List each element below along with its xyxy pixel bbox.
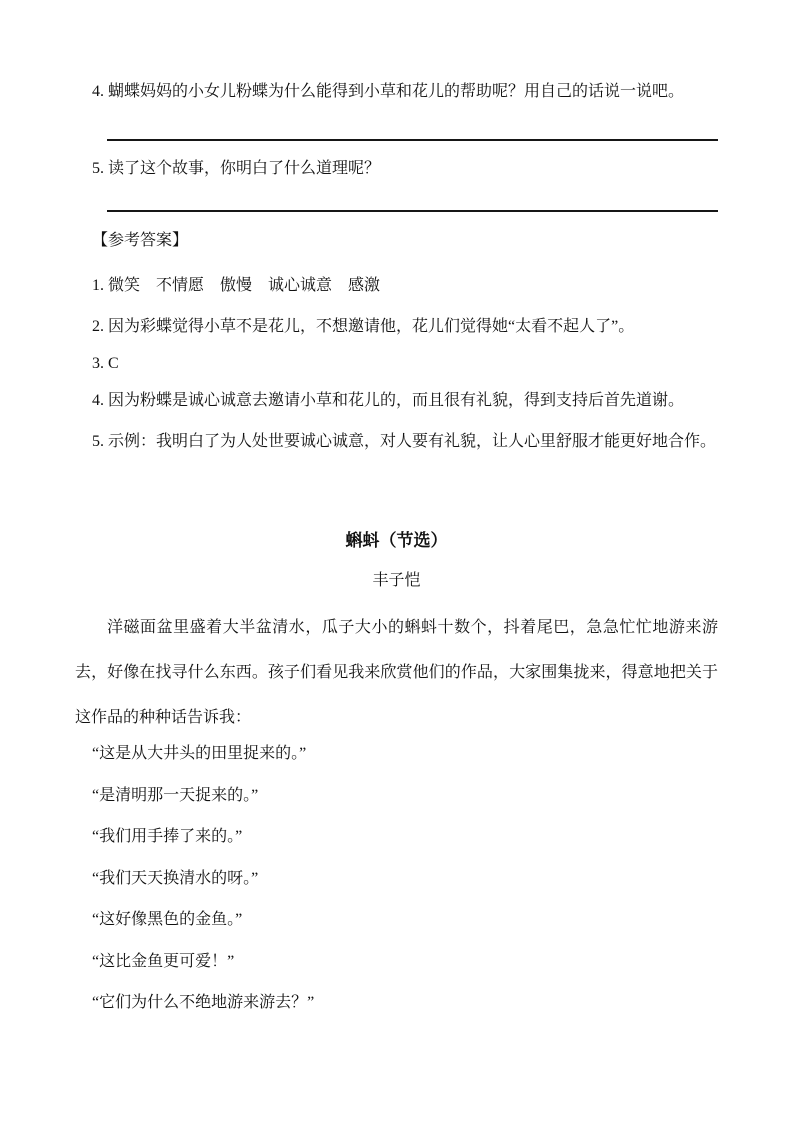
answer-1-text: 1. 微笑 不情愿 傲慢 诚心诚意 感激 <box>75 276 718 296</box>
passage-quote-2: “是清明那一天捉来的。” <box>75 786 718 806</box>
answer-5-text: 5. 示例：我明白了为人处世要诚心诚意，对人要有礼貌，让人心里舒服才能更好地合作… <box>75 432 718 452</box>
answer-blank-line-2 <box>107 210 718 212</box>
answer-blank-line-1 <box>107 139 718 141</box>
passage-quote-3: “我们用手捧了来的。” <box>75 827 718 847</box>
question-4-text: 4. 蝴蝶妈妈的小女儿粉蝶为什么能得到小草和花儿的帮助呢？用自己的话说一说吧。 <box>75 82 718 102</box>
question-5-text: 5. 读了这个故事，你明白了什么道理呢？ <box>75 159 718 179</box>
passage-quote-1: “这是从大井头的田里捉来的。” <box>75 744 718 764</box>
passage-title: 蝌蚪（节选） <box>75 531 718 551</box>
answer-3-text: 3. C <box>75 354 718 374</box>
answer-4-text: 4. 因为粉蝶是诚心诚意去邀请小草和花儿的，而且很有礼貌，得到支持后首先道谢。 <box>75 391 718 411</box>
passage-quote-7: “它们为什么不绝地游来游去？” <box>75 993 718 1013</box>
passage-quote-6: “这比金鱼更可爱！” <box>75 952 718 972</box>
document-page: 4. 蝴蝶妈妈的小女儿粉蝶为什么能得到小草和花儿的帮助呢？用自己的话说一说吧。 … <box>0 0 793 1122</box>
passage-author: 丰子恺 <box>75 571 718 591</box>
passage-quote-5: “这好像黑色的金鱼。” <box>75 910 718 930</box>
passage-quote-4: “我们天天换清水的呀。” <box>75 869 718 889</box>
answer-2-text: 2. 因为彩蝶觉得小草不是花儿，不想邀请他，花儿们觉得她“太看不起人了”。 <box>75 317 718 337</box>
passage-paragraph: 洋磁面盆里盛着大半盆清水，瓜子大小的蝌蚪十数个，抖着尾巴，急急忙忙地游来游去，好… <box>75 605 718 740</box>
reference-answers-header: 【参考答案】 <box>75 231 718 251</box>
